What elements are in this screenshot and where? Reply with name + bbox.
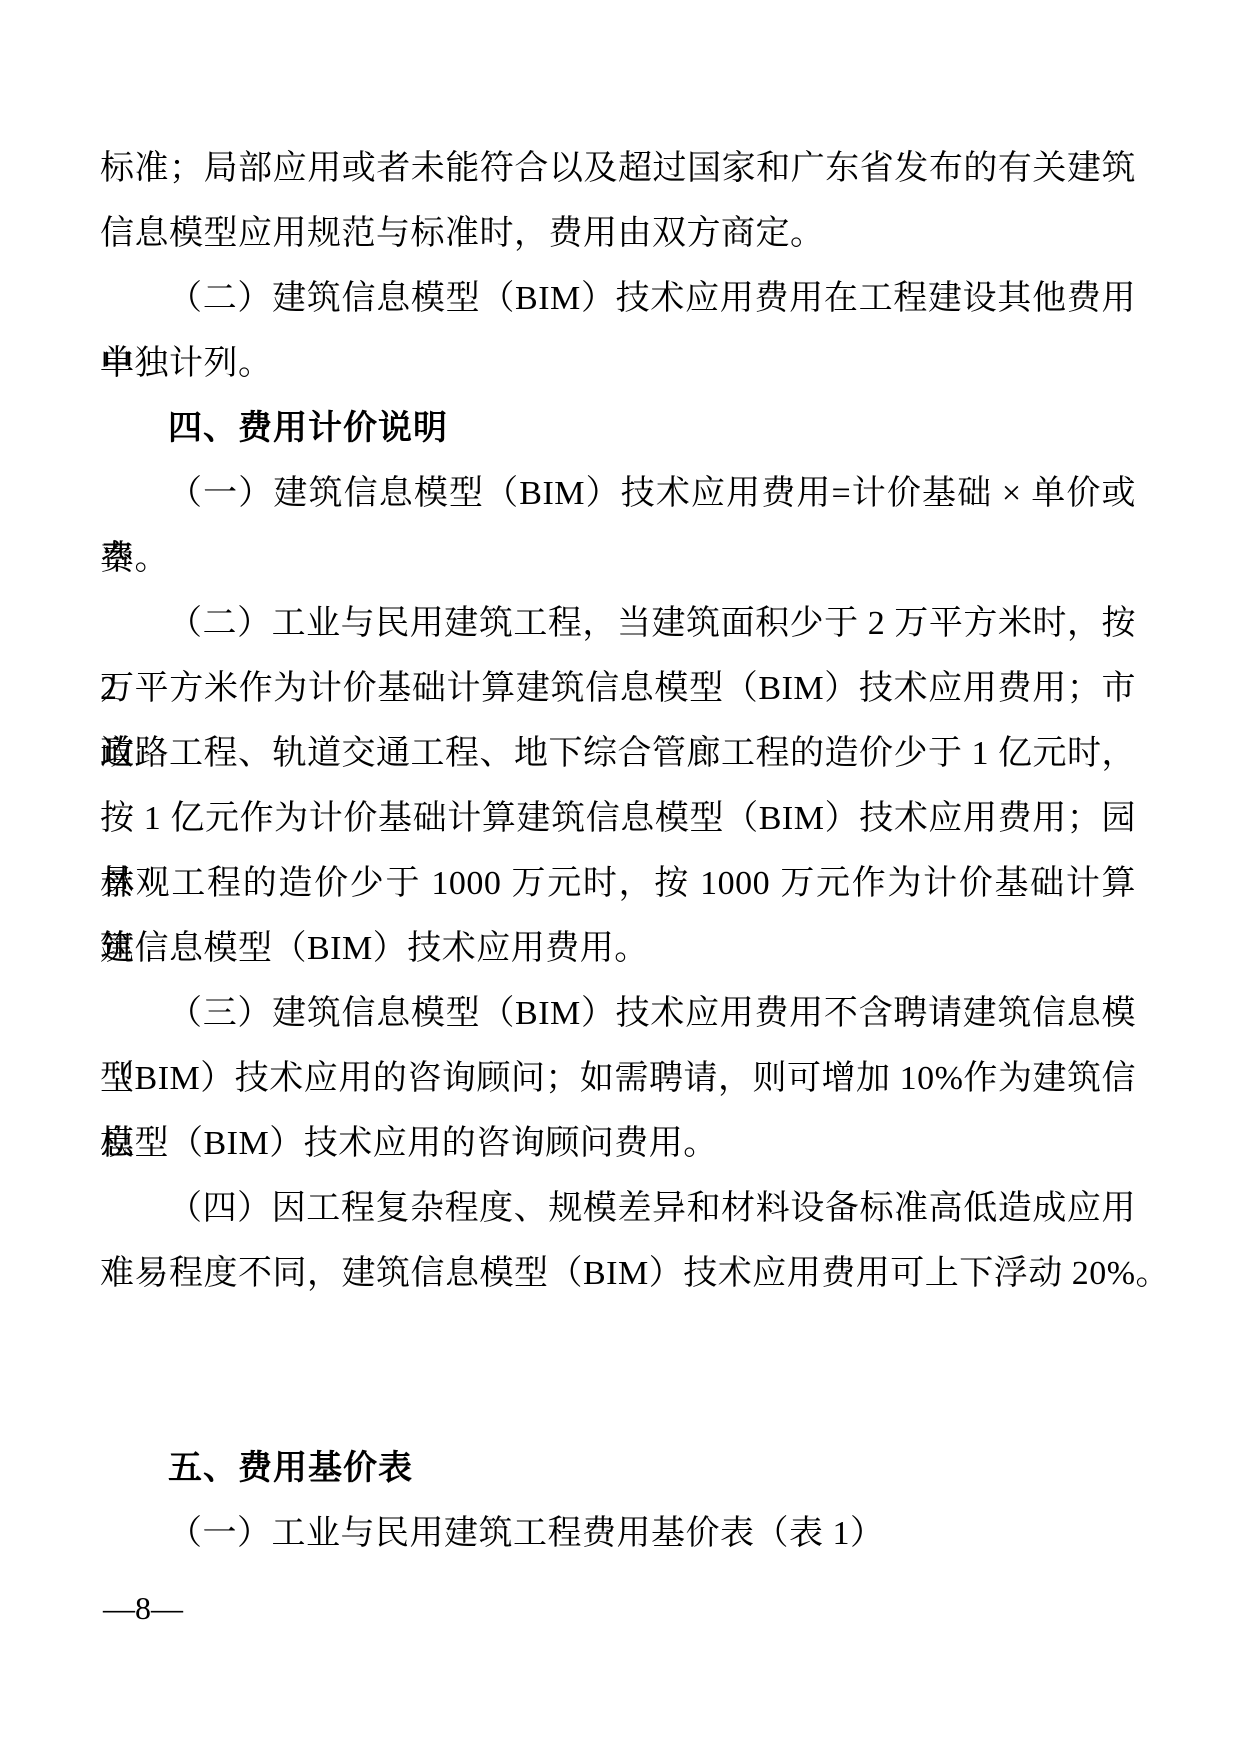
body-line: 信息模型应用规范与标准时，费用由双方商定。	[100, 201, 1136, 266]
body-line: 标准；局部应用或者未能符合以及超过国家和广东省发布的有关建筑	[100, 136, 1136, 201]
body-line: （BIM）技术应用的咨询顾问；如需聘请，则可增加 10%作为建筑信息	[100, 1046, 1136, 1111]
body-line: 难易程度不同，建筑信息模型（BIM）技术应用费用可上下浮动 20%。	[100, 1241, 1136, 1306]
body-line: （二）建筑信息模型（BIM）技术应用费用在工程建设其他费用中	[100, 266, 1136, 331]
body-line: （一）建筑信息模型（BIM）技术应用费用=计价基础 × 单价或费	[100, 461, 1136, 526]
body-line: 道路工程、轨道交通工程、地下综合管廊工程的造价少于 1 亿元时，	[100, 721, 1136, 786]
body-line: （三）建筑信息模型（BIM）技术应用费用不含聘请建筑信息模型	[100, 981, 1136, 1046]
body-line: （二）工业与民用建筑工程，当建筑面积少于 2 万平方米时，按 2	[100, 591, 1136, 656]
body-line: （一）工业与民用建筑工程费用基价表（表 1）	[100, 1501, 1136, 1566]
body-line: 万平方米作为计价基础计算建筑信息模型（BIM）技术应用费用；市政	[100, 656, 1136, 721]
section-heading-5: 五、费用基价表	[100, 1436, 1136, 1501]
document-page: 标准；局部应用或者未能符合以及超过国家和广东省发布的有关建筑 信息模型应用规范与…	[0, 0, 1240, 1754]
page-number: —8—	[103, 1586, 183, 1630]
body-line: 单独计列。	[100, 331, 1136, 396]
body-line: 筑信息模型（BIM）技术应用费用。	[100, 916, 1136, 981]
body-line: 率。	[100, 526, 1136, 591]
section-heading-4: 四、费用计价说明	[100, 396, 1136, 461]
body-line: （四）因工程复杂程度、规模差异和材料设备标准高低造成应用	[100, 1176, 1136, 1241]
body-line: 模型（BIM）技术应用的咨询顾问费用。	[100, 1111, 1136, 1176]
body-line: 按 1 亿元作为计价基础计算建筑信息模型（BIM）技术应用费用；园林	[100, 786, 1136, 851]
body-line: 景观工程的造价少于 1000 万元时，按 1000 万元作为计价基础计算建	[100, 851, 1136, 916]
document-body: 标准；局部应用或者未能符合以及超过国家和广东省发布的有关建筑 信息模型应用规范与…	[100, 136, 1136, 1566]
